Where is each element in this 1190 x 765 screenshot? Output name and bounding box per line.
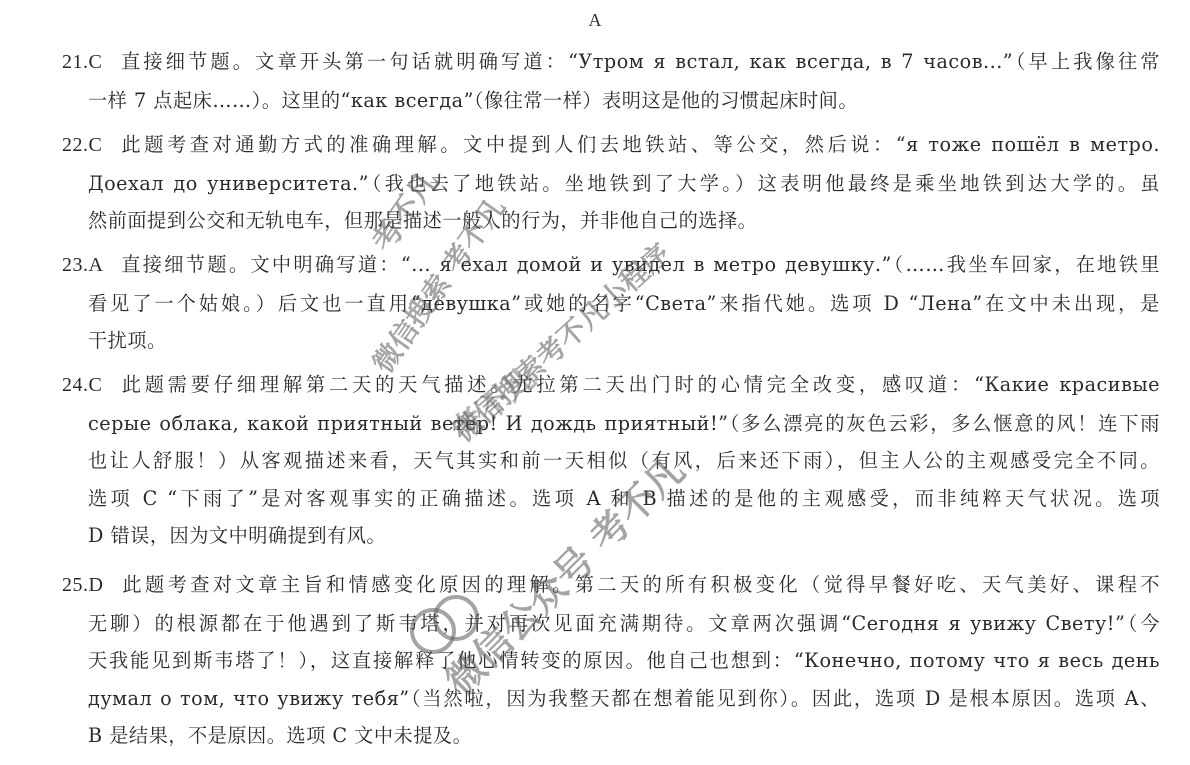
answer-item-25: 25.D此题考查对文章主旨和情感变化原因的理解。第二天的所有积极变化（觉得早餐好… — [62, 566, 1160, 755]
item-line: 也让人舒服！）从客观描述来看，天气其实和前一天相似（有风，后来还下雨），但主人公… — [62, 442, 1160, 480]
item-line: 22.C此题考查对通勤方式的准确理解。文中提到人们去地铁站、等公交，然后说：“я… — [62, 126, 1160, 165]
explanation-text: 此题考查对通勤方式的准确理解。文中提到人们去地铁站、等公交，然后说：“я тож… — [118, 133, 1160, 156]
item-line: 天我能见到斯韦塔了！），这直接解释了他心情转变的原因。他自己也想到：“Конеч… — [62, 642, 1160, 680]
question-number: 21. — [62, 51, 89, 73]
item-line: 25.D此题考查对文章主旨和情感变化原因的理解。第二天的所有积极变化（觉得早餐好… — [62, 566, 1160, 605]
watermark-logo-icon — [433, 595, 479, 641]
item-line: 无聊）的根源都在于他遇到了斯韦塔，并对再次见面充满期待。文章两次强调“Сегод… — [62, 605, 1160, 643]
explanation-text: 此题需要仔细理解第二天的天气描述。尤拉第二天出门时的心情完全改变，感叹道：“Ка… — [118, 373, 1160, 396]
question-number: 24. — [62, 374, 89, 396]
question-number: 22. — [62, 134, 89, 156]
answer-letter: C — [89, 374, 103, 396]
item-line: 看见了一个姑娘。）后文也一直用“девушка”或她的名字“Света”来指代她… — [62, 285, 1160, 323]
item-line: 24.C此题需要仔细理解第二天的天气描述。尤拉第二天出门时的心情完全改变，感叹道… — [62, 366, 1160, 405]
answer-item-24: 24.C此题需要仔细理解第二天的天气描述。尤拉第二天出门时的心情完全改变，感叹道… — [62, 366, 1160, 555]
item-line: 然前面提到公交和无轨电车，但那是描述一般人的行为，并非他自己的选择。 — [62, 202, 1160, 240]
answer-letter: C — [89, 51, 103, 73]
item-line: 选项 C “下雨了”是对客观事实的正确描述。选项 A 和 B 描述的是他的主观感… — [62, 480, 1160, 518]
answer-letter: A — [89, 254, 104, 276]
section-title: A — [0, 10, 1190, 31]
item-line: B 是结果，不是原因。选项 C 文中未提及。 — [62, 717, 1160, 755]
item-line: серые облака, какой приятный ветер! И до… — [62, 405, 1160, 443]
explanation-text: 直接细节题。文中明确写道：“... я ехал домой и увидел … — [119, 253, 1160, 276]
question-number: 23. — [62, 254, 89, 276]
item-line: D 错误，因为文中明确提到有风。 — [62, 517, 1160, 555]
answer-letter: D — [89, 574, 104, 596]
answer-item-21: 21.C直接细节题。文章开头第一句话就明确写道：“Утром я встал, … — [62, 43, 1160, 119]
answer-item-23: 23.A直接细节题。文中明确写道：“... я ехал домой и уви… — [62, 246, 1160, 360]
item-line: 23.A直接细节题。文中明确写道：“... я ехал домой и уви… — [62, 246, 1160, 285]
item-line: 一样 7 点起床……）。这里的“как всегда”（像往常一样）表明这是他的… — [62, 82, 1160, 120]
answer-explanation-page: A 21.C直接细节题。文章开头第一句话就明确写道：“Утром я встал… — [0, 0, 1190, 765]
answer-item-22: 22.C此题考查对通勤方式的准确理解。文中提到人们去地铁站、等公交，然后说：“я… — [62, 126, 1160, 240]
item-line: думал о том, что увижу тебя”（当然啦，因为我整天都在… — [62, 680, 1160, 718]
explanation-text: 直接细节题。文章开头第一句话就明确写道：“Утром я встал, как … — [118, 50, 1160, 73]
item-line: 干扰项。 — [62, 322, 1160, 360]
item-line: 21.C直接细节题。文章开头第一句话就明确写道：“Утром я встал, … — [62, 43, 1160, 82]
answer-letter: C — [89, 134, 103, 156]
explanation-text: 此题考查对文章主旨和情感变化原因的理解。第二天的所有积极变化（觉得早餐好吃、天气… — [119, 573, 1160, 596]
item-line: Доехал до университета.”（我也去了地铁站。坐地铁到了大学… — [62, 165, 1160, 203]
question-number: 25. — [62, 574, 89, 596]
